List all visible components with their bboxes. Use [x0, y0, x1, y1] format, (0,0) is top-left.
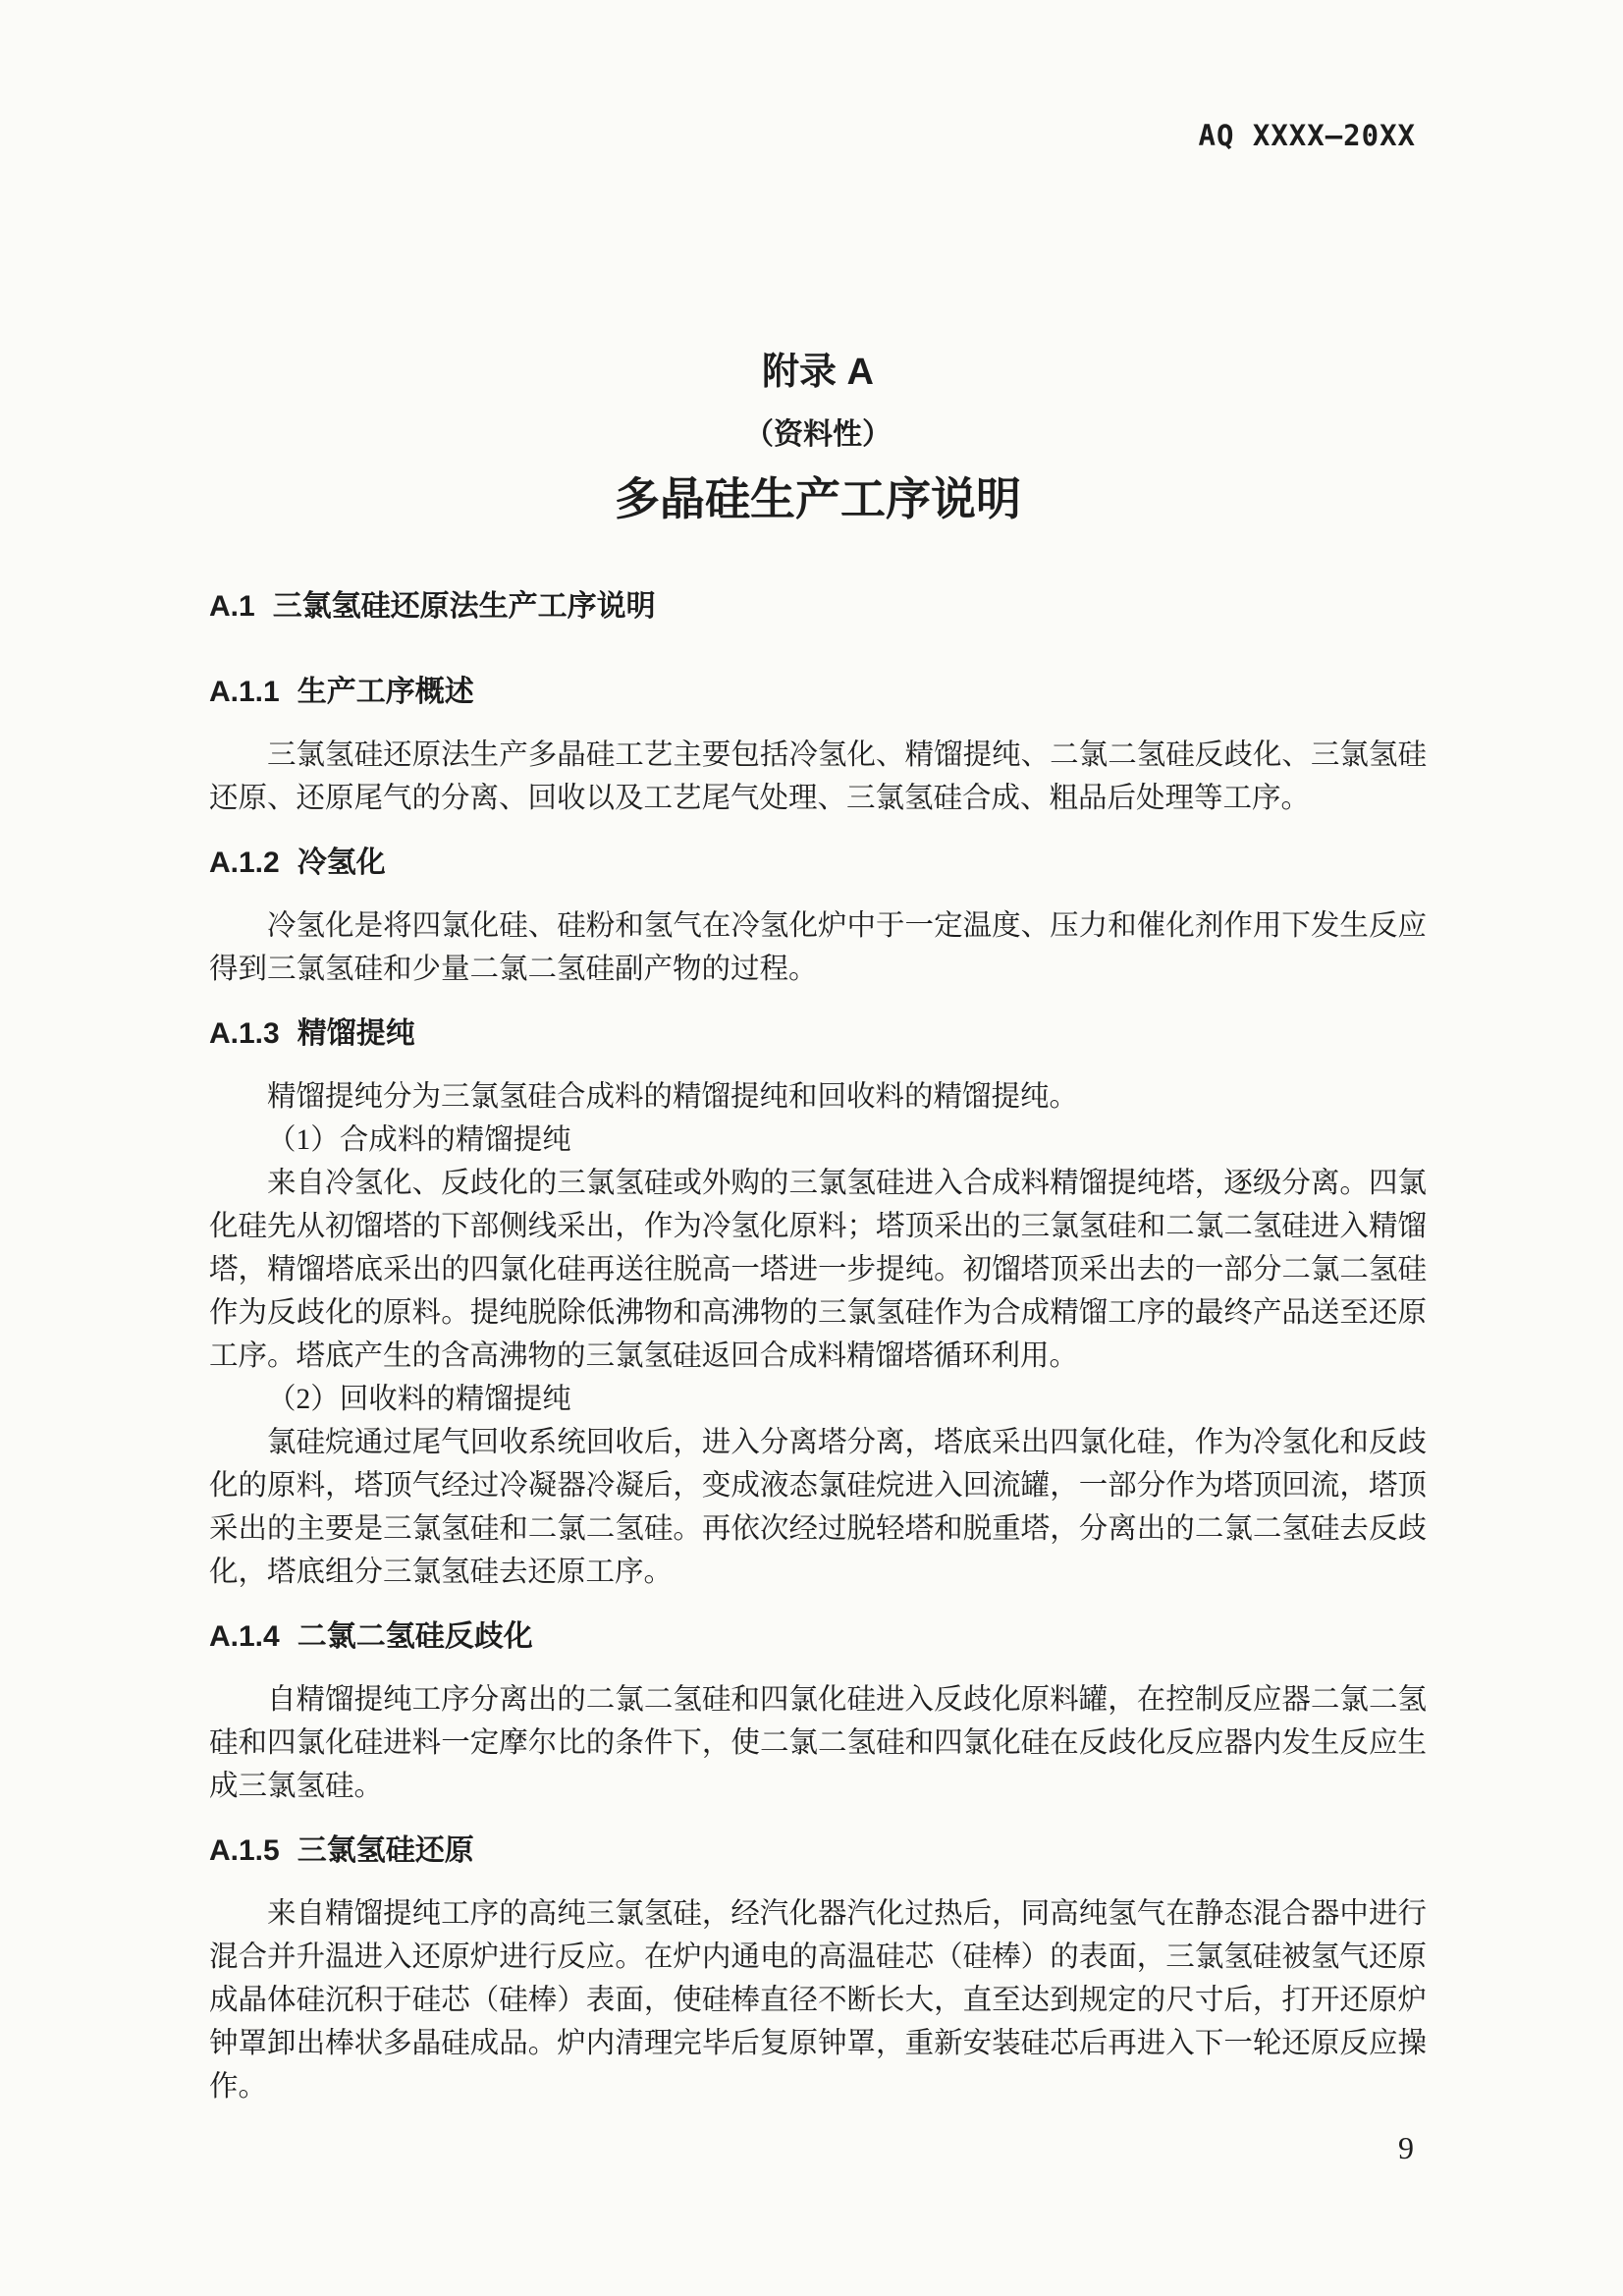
- section-heading-a1-2: A.1.2冷氢化: [209, 846, 1427, 881]
- section-heading-a1-4: A.1.4二氯二氢硅反歧化: [209, 1619, 1427, 1655]
- section-number: A.1.1: [209, 676, 280, 708]
- section-number: A.1.3: [209, 1017, 280, 1050]
- appendix-heading: 附录 A: [209, 352, 1427, 393]
- section-number: A.1.2: [209, 847, 280, 879]
- section-heading-a1-3: A.1.3精馏提纯: [209, 1016, 1427, 1052]
- section-title: 三氯氢硅还原法生产工序说明: [273, 590, 656, 623]
- paragraph: 自精馏提纯工序分离出的二氯二氢硅和四氯化硅进入反歧化原料罐，在控制反应器二氯二氢…: [209, 1678, 1427, 1808]
- list-item-label: （1）合成料的精馏提纯: [209, 1119, 1427, 1162]
- paragraph: 冷氢化是将四氯化硅、硅粉和氢气在冷氢化炉中于一定温度、压力和催化剂作用下发生反应…: [209, 904, 1427, 991]
- section-number: A.1.5: [209, 1834, 280, 1867]
- paragraph: 精馏提纯分为三氯氢硅合成料的精馏提纯和回收料的精馏提纯。: [209, 1075, 1427, 1119]
- appendix-title: 多晶硅生产工序说明: [209, 473, 1427, 524]
- section-title: 二氯二氢硅反歧化: [298, 1620, 533, 1653]
- paragraph: 氯硅烷通过尾气回收系统回收后，进入分离塔分离，塔底采出四氯化硅，作为冷氢化和反歧…: [209, 1421, 1427, 1594]
- section-heading-a1: A.1三氯氢硅还原法生产工序说明: [209, 589, 1427, 625]
- section-heading-a1-1: A.1.1生产工序概述: [209, 675, 1427, 710]
- section-title: 三氯氢硅还原: [298, 1834, 474, 1867]
- page-number: 9: [0, 2131, 1414, 2164]
- paragraph: 来自精馏提纯工序的高纯三氯氢硅，经汽化器汽化过热后，同高纯氢气在静态混合器中进行…: [209, 1892, 1427, 2108]
- section-title: 生产工序概述: [298, 676, 474, 708]
- section-number: A.1.4: [209, 1620, 280, 1653]
- paragraph: 来自冷氢化、反歧化的三氯氢硅或外购的三氯氢硅进入合成料精馏提纯塔，逐级分离。四氯…: [209, 1162, 1427, 1378]
- informative-note: （资料性）: [209, 417, 1427, 453]
- document-page: AQ XXXX—20XX 附录 A （资料性） 多晶硅生产工序说明 A.1三氯氢…: [0, 0, 1623, 2296]
- section-title: 冷氢化: [298, 847, 386, 879]
- page-content: 附录 A （资料性） 多晶硅生产工序说明 A.1三氯氢硅还原法生产工序说明 A.…: [209, 0, 1427, 2108]
- section-title: 精馏提纯: [298, 1017, 415, 1050]
- section-number: A.1: [209, 590, 255, 623]
- list-item-label: （2）回收料的精馏提纯: [209, 1378, 1427, 1421]
- section-heading-a1-5: A.1.5三氯氢硅还原: [209, 1833, 1427, 1869]
- paragraph: 三氯氢硅还原法生产多晶硅工艺主要包括冷氢化、精馏提纯、二氯二氢硅反歧化、三氯氢硅…: [209, 734, 1427, 820]
